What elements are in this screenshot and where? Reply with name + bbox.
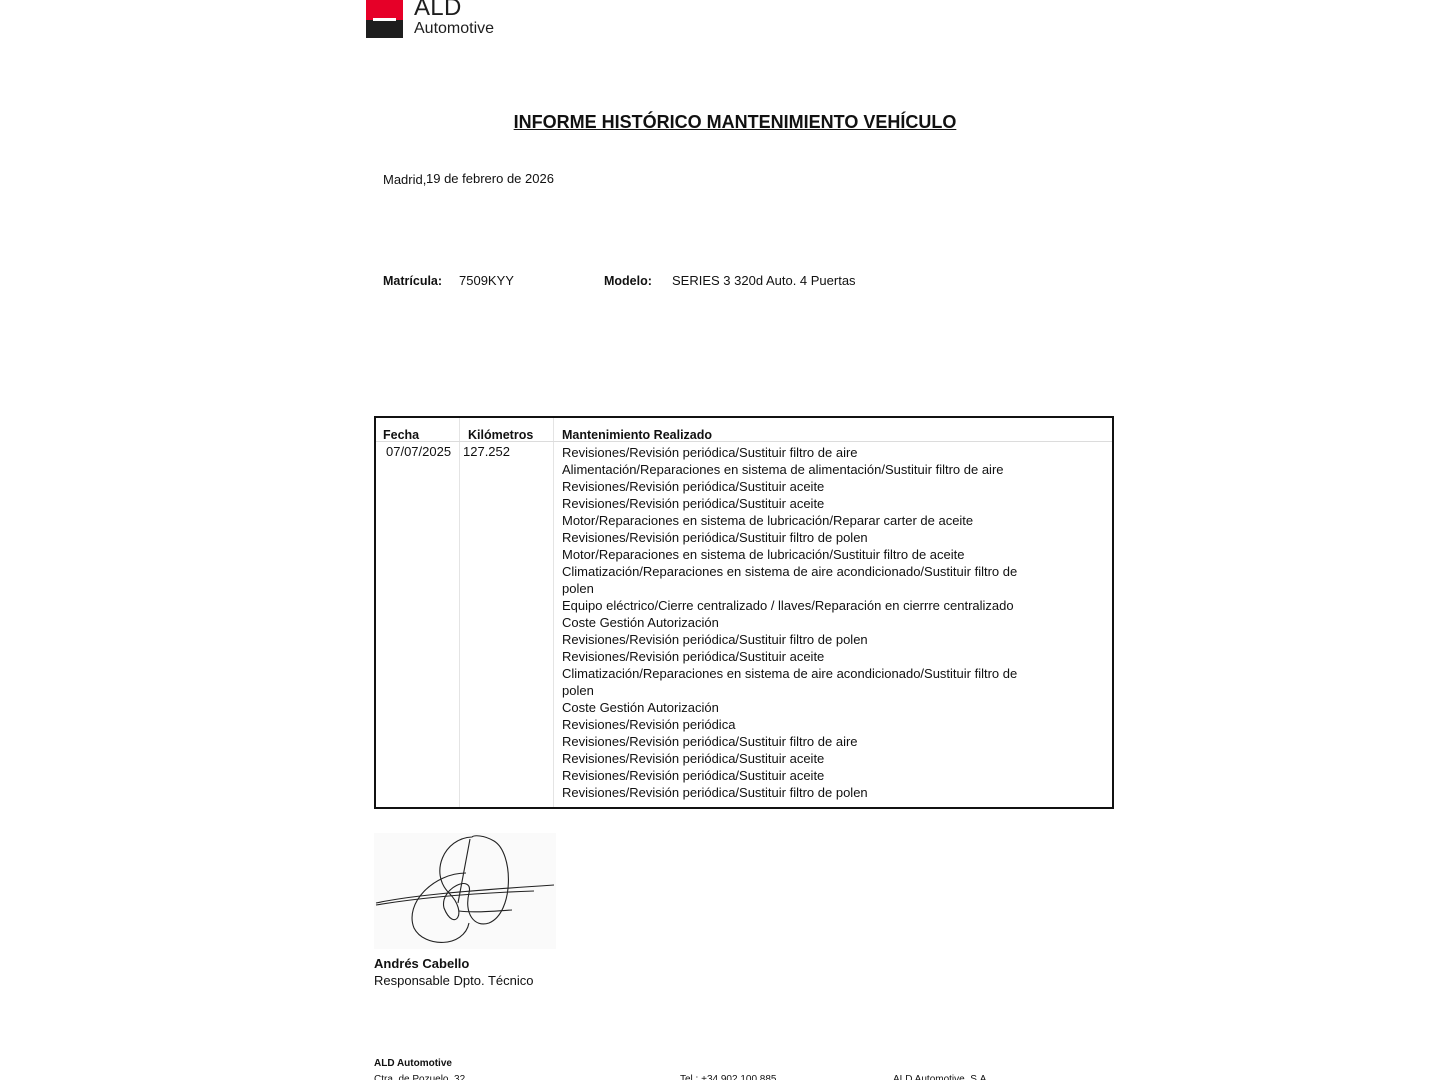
header-date: Fecha (383, 428, 419, 442)
ald-automotive-logo: ALD Automotive (366, 0, 506, 40)
footer-address: Ctra. de Pozuelo, 32 (374, 1074, 465, 1080)
document-city: Madrid, (383, 172, 426, 187)
row-date: 07/07/2025 (386, 444, 451, 459)
logo-subtitle: Automotive (414, 20, 494, 38)
maintenance-item: Motor/Reparaciones en sistema de lubrica… (562, 546, 1017, 563)
column-divider (459, 418, 460, 807)
document-date: 19 de febrero de 2026 (426, 171, 554, 186)
maintenance-item: Climatización/Reparaciones en sistema de… (562, 563, 1017, 597)
document-title: INFORME HISTÓRICO MANTENIMIENTO VEHÍCULO (0, 112, 1440, 133)
maintenance-item: Revisiones/Revisión periódica/Sustituir … (562, 784, 1017, 801)
maintenance-item: Climatización/Reparaciones en sistema de… (562, 665, 1017, 699)
maintenance-item: Equipo eléctrico/Cierre centralizado / l… (562, 597, 1017, 614)
maintenance-item: Revisiones/Revisión periódica (562, 716, 1017, 733)
maintenance-item: Revisiones/Revisión periódica/Sustituir … (562, 478, 1017, 495)
logo-mark-icon (366, 0, 403, 38)
maintenance-item: Revisiones/Revisión periódica/Sustituir … (562, 495, 1017, 512)
column-divider (553, 418, 554, 807)
row-km: 127.252 (463, 444, 510, 459)
maintenance-item: Revisiones/Revisión periódica/Sustituir … (562, 767, 1017, 784)
plate-label: Matrícula: (383, 274, 442, 288)
maintenance-table: Fecha Kilómetros Mantenimiento Realizado… (374, 416, 1114, 809)
maintenance-item: Alimentación/Reparaciones en sistema de … (562, 461, 1017, 478)
maintenance-item: Revisiones/Revisión periódica/Sustituir … (562, 733, 1017, 750)
header-km: Kilómetros (468, 428, 533, 442)
maintenance-item: Revisiones/Revisión periódica/Sustituir … (562, 631, 1017, 648)
footer-legal-name: ALD Automotive, S.A. (893, 1074, 989, 1080)
signature-image (374, 833, 556, 949)
maintenance-item: Coste Gestión Autorización (562, 699, 1017, 716)
model-value: SERIES 3 320d Auto. 4 Puertas (672, 273, 856, 288)
footer-company: ALD Automotive (374, 1058, 452, 1069)
maintenance-item: Revisiones/Revisión periódica/Sustituir … (562, 750, 1017, 767)
maintenance-item: Revisiones/Revisión periódica/Sustituir … (562, 529, 1017, 546)
maintenance-item: Coste Gestión Autorización (562, 614, 1017, 631)
signature-icon (374, 833, 556, 949)
signatory-name: Andrés Cabello (374, 956, 469, 971)
header-maintenance: Mantenimiento Realizado (562, 428, 712, 442)
maintenance-items-list: Revisiones/Revisión periódica/Sustituir … (562, 444, 1017, 801)
maintenance-item: Motor/Reparaciones en sistema de lubrica… (562, 512, 1017, 529)
model-label: Modelo: (604, 274, 652, 288)
maintenance-item: Revisiones/Revisión periódica/Sustituir … (562, 648, 1017, 665)
logo-name: ALD (414, 0, 462, 22)
footer-phone: Tel.: +34 902 100 885 (680, 1074, 776, 1080)
signatory-role: Responsable Dpto. Técnico (374, 973, 533, 988)
plate-value: 7509KYY (459, 273, 514, 288)
maintenance-item: Revisiones/Revisión periódica/Sustituir … (562, 444, 1017, 461)
